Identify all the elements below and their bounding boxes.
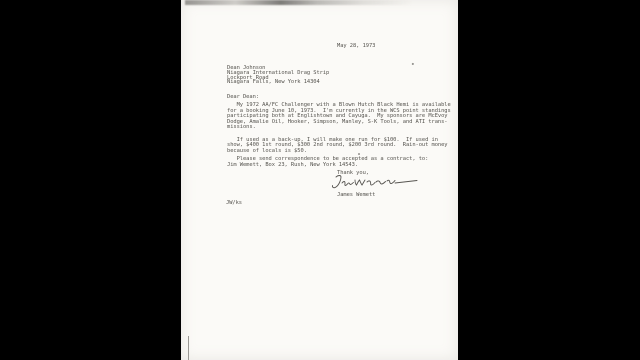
initials-line: JW/ks [226,200,242,206]
letter-body: May 28, 1973 Dean Johnson Niagara Intern… [181,0,458,360]
handwritten-signature [329,173,421,193]
letterbox-right [458,0,640,360]
date-line: May 28, 1973 [337,43,375,49]
paragraph-line: Dodge, Amalie Oil, Hooker, Simpson, Manl… [227,120,451,126]
salutation: Dear Dean: [227,94,259,100]
paragraph-2: If used as a back-up, I will make one ru… [227,138,448,155]
letterbox-left [0,0,181,360]
typist-initials: JW/ks [226,200,242,206]
letter-paper: May 28, 1973 Dean Johnson Niagara Intern… [181,0,458,360]
salutation-line: Dear Dean: [227,94,259,100]
typed-signature-name: James Wemett [337,192,375,198]
letter-date: May 28, 1973 [337,43,375,49]
paragraph-3: Please send correspondence to be accepte… [227,157,428,168]
scanned-letter-page: May 28, 1973 Dean Johnson Niagara Intern… [0,0,640,360]
paragraph-line: because of locals is $50. [227,149,448,155]
typed-name-line: James Wemett [337,192,375,198]
paragraph-line: Jim Wemett, Box 23, Rush, New York 14543… [227,163,428,169]
paragraph-line: missions. [227,125,451,131]
recipient-address: Dean Johnson Niagara International Drag … [227,66,329,85]
paragraph-1: My 1972 AA/FC Challenger with a Blown Hu… [227,103,451,131]
recipient-city: Niagara Falls, New York 14304 [227,80,329,85]
